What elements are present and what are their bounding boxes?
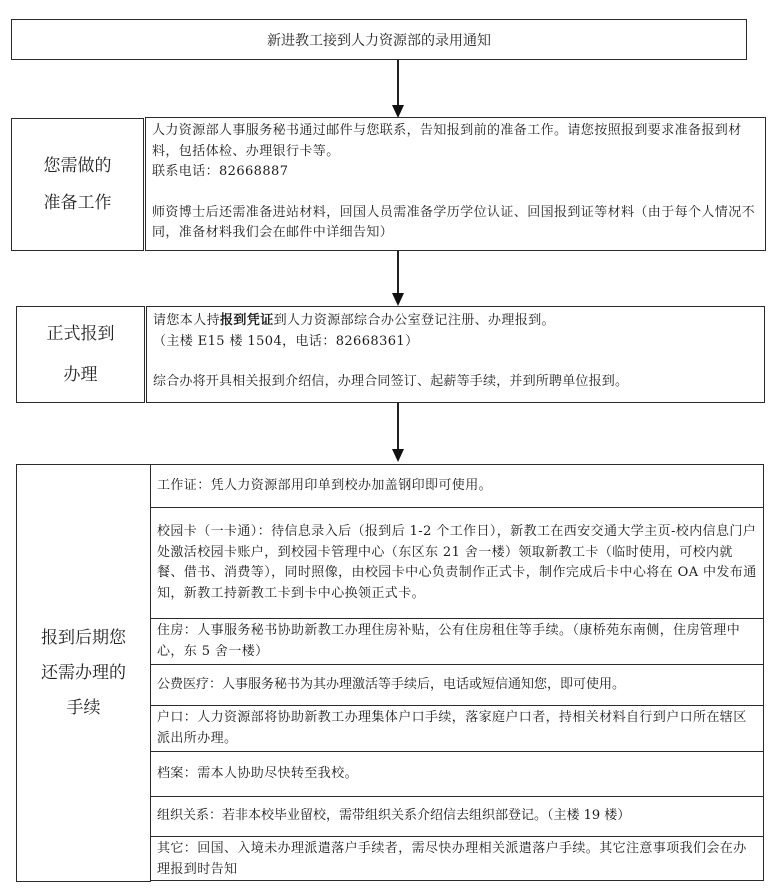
registration-instruction-prefix: 请您本人持	[153, 313, 220, 328]
other-text: 其它：回国、入境未办理派遣落户手续者，需尽快办理相关派遣落户手续。其它注意事项我…	[157, 839, 757, 880]
hukou-text: 户口：人力资源部将协助新教工办理集体户口手续，落家庭户口者，持相关材料自行到户口…	[157, 708, 757, 749]
registration-instruction-suffix: 到人力资源部综合办公室登记注册、办理报到。	[274, 313, 555, 328]
list-item-work-id: 工作证：凭人力资源部用印单到校办加盖钢印即可使用。	[151, 465, 763, 507]
arrow-down-icon	[397, 251, 399, 304]
section-preparation-label: 您需做的 准备工作	[11, 118, 144, 251]
section-label-line: 手续	[67, 700, 101, 717]
list-item-party-org: 组织关系：若非本校毕业留校，需带组织关系介绍信去组织部登记。（主楼 19 楼）	[151, 796, 763, 836]
list-item-medical: 公费医疗：人事服务秘书为其办理激活等手续后，电话或短信通知您，即可使用。	[151, 664, 763, 705]
work-id-text: 工作证：凭人力资源部用印单到校办加盖钢印即可使用。	[157, 476, 492, 497]
registration-location-phone: （主楼 E15 楼 1504，电话：82668361）	[153, 332, 758, 353]
section-registration-label: 正式报到 办理	[16, 306, 145, 403]
party-org-text: 组织关系：若非本校毕业留校，需带组织关系介绍信去组织部登记。（主楼 19 楼）	[157, 806, 630, 827]
section-label-line: 办理	[64, 367, 98, 384]
arrow-down-icon	[397, 403, 399, 460]
section-followup-label: 报到后期您 还需办理的 手续	[16, 464, 151, 882]
registration-followup: 综合办将开具相关报到介绍信，办理合同签订、起薪等手续，并到所聘单位报到。	[153, 372, 758, 393]
list-item-campus-card: 校园卡（一卡通）：待信息录入后（报到后 1-2 个工作日），新教工在西安交通大学…	[151, 507, 763, 618]
list-item-hukou: 户口：人力资源部将协助新教工办理集体户口手续，落家庭户口者，持相关材料自行到户口…	[151, 705, 763, 751]
registration-instruction: 请您本人持报到凭证到人力资源部综合办公室登记注册、办理报到。	[153, 311, 758, 332]
medical-text: 公费医疗：人事服务秘书为其办理激活等手续后，电话或短信通知您，即可使用。	[157, 675, 625, 696]
registration-credential-bold: 报到凭证	[220, 313, 274, 328]
section-label-line: 正式报到	[47, 326, 115, 343]
section-followup-table: 工作证：凭人力资源部用印单到校办加盖钢印即可使用。 校园卡（一卡通）：待信息录入…	[150, 464, 764, 881]
header-title: 新进教工接到人力资源部的录用通知	[267, 30, 491, 50]
section-label-line: 准备工作	[44, 195, 112, 212]
preparation-contact-text: 人力资源部人事服务秘书通过邮件与您联系，告知报到前的准备工作。请您按照报到要求准…	[152, 121, 759, 162]
list-item-archive: 档案：需本人协助尽快转至我校。	[151, 751, 763, 796]
arrow-down-icon	[397, 60, 399, 116]
section-registration-content: 请您本人持报到凭证到人力资源部综合办公室登记注册、办理报到。 （主楼 E15 楼…	[146, 306, 765, 403]
list-item-other: 其它：回国、入境未办理派遣落户手续者，需尽快办理相关派遣落户手续。其它注意事项我…	[151, 836, 763, 882]
section-label-line: 报到后期您	[41, 630, 126, 647]
header-title-box: 新进教工接到人力资源部的录用通知	[11, 19, 747, 60]
preparation-extra-materials: 师资博士后还需准备进站材料，回国人员需准备学历学位认证、回国报到证等材料（由于每…	[152, 203, 759, 244]
archive-text: 档案：需本人协助尽快转至我校。	[157, 764, 358, 785]
preparation-phone: 联系电话：82668887	[152, 162, 759, 183]
housing-text: 住房：人事服务秘书协助新教工办理住房补贴，公有住房租住等手续。（康桥苑东南侧，住…	[157, 621, 757, 662]
section-label-line: 您需做的	[44, 158, 112, 175]
list-item-housing: 住房：人事服务秘书协助新教工办理住房补贴，公有住房租住等手续。（康桥苑东南侧，住…	[151, 618, 763, 664]
section-preparation-content: 人力资源部人事服务秘书通过邮件与您联系，告知报到前的准备工作。请您按照报到要求准…	[145, 117, 766, 251]
section-label-line: 还需办理的	[41, 665, 126, 682]
campus-card-text: 校园卡（一卡通）：待信息录入后（报到后 1-2 个工作日），新教工在西安交通大学…	[157, 522, 757, 604]
